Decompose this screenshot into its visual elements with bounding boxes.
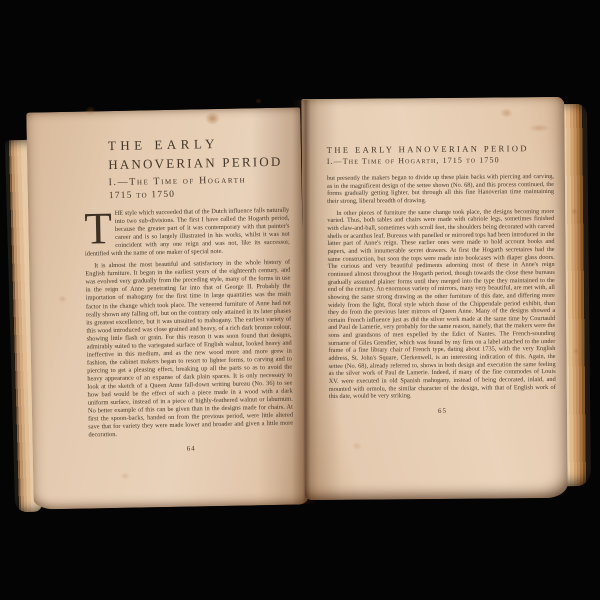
running-head-line2: I.—The Time of Hogarth, 1715 to 1750 xyxy=(327,155,554,166)
running-head-line1: THE EARLY HANOVERIAN PERIOD xyxy=(327,143,554,155)
right-page-body: but presently the makers began to divide… xyxy=(327,173,556,401)
paragraph-text: HE style which succeeded that of the Dut… xyxy=(85,207,290,258)
foxing-spot xyxy=(255,98,262,104)
photo-background: THE EARLY HANOVERIAN PERIOD I.—The Time … xyxy=(0,0,600,600)
left-page-content: THE EARLY HANOVERIAN PERIOD I.—The Time … xyxy=(26,107,308,509)
paragraph: THE style which succeeded that of the Du… xyxy=(84,207,290,259)
page-number-right: 65 xyxy=(329,406,556,416)
chapter-title-line1: THE EARLY xyxy=(108,135,288,154)
chapter-subtitle: I.—The Time of Hogarth xyxy=(108,174,288,188)
page-number-left: 64 xyxy=(89,443,294,455)
chapter-title-line2: HANOVERIAN PERIOD xyxy=(108,154,288,173)
paragraph: It is almost the most beautiful and sati… xyxy=(85,259,293,440)
paragraph: In other pieces of furniture the same ch… xyxy=(327,208,556,401)
paragraph: but presently the makers began to divide… xyxy=(327,173,554,206)
right-page-content: THE EARLY HANOVERIAN PERIOD I.—The Time … xyxy=(301,97,567,500)
drop-cap: T xyxy=(84,212,112,245)
right-page: THE EARLY HANOVERIAN PERIOD I.—The Time … xyxy=(301,97,567,500)
left-page: THE EARLY HANOVERIAN PERIOD I.—The Time … xyxy=(26,107,308,509)
chapter-date-range: 1715 to 1750 xyxy=(109,188,289,201)
book-gutter-shadow xyxy=(292,100,318,504)
chapter-title: THE EARLY HANOVERIAN PERIOD I.—The Time … xyxy=(108,135,289,201)
left-page-body: THE style which succeeded that of the Du… xyxy=(84,207,293,440)
